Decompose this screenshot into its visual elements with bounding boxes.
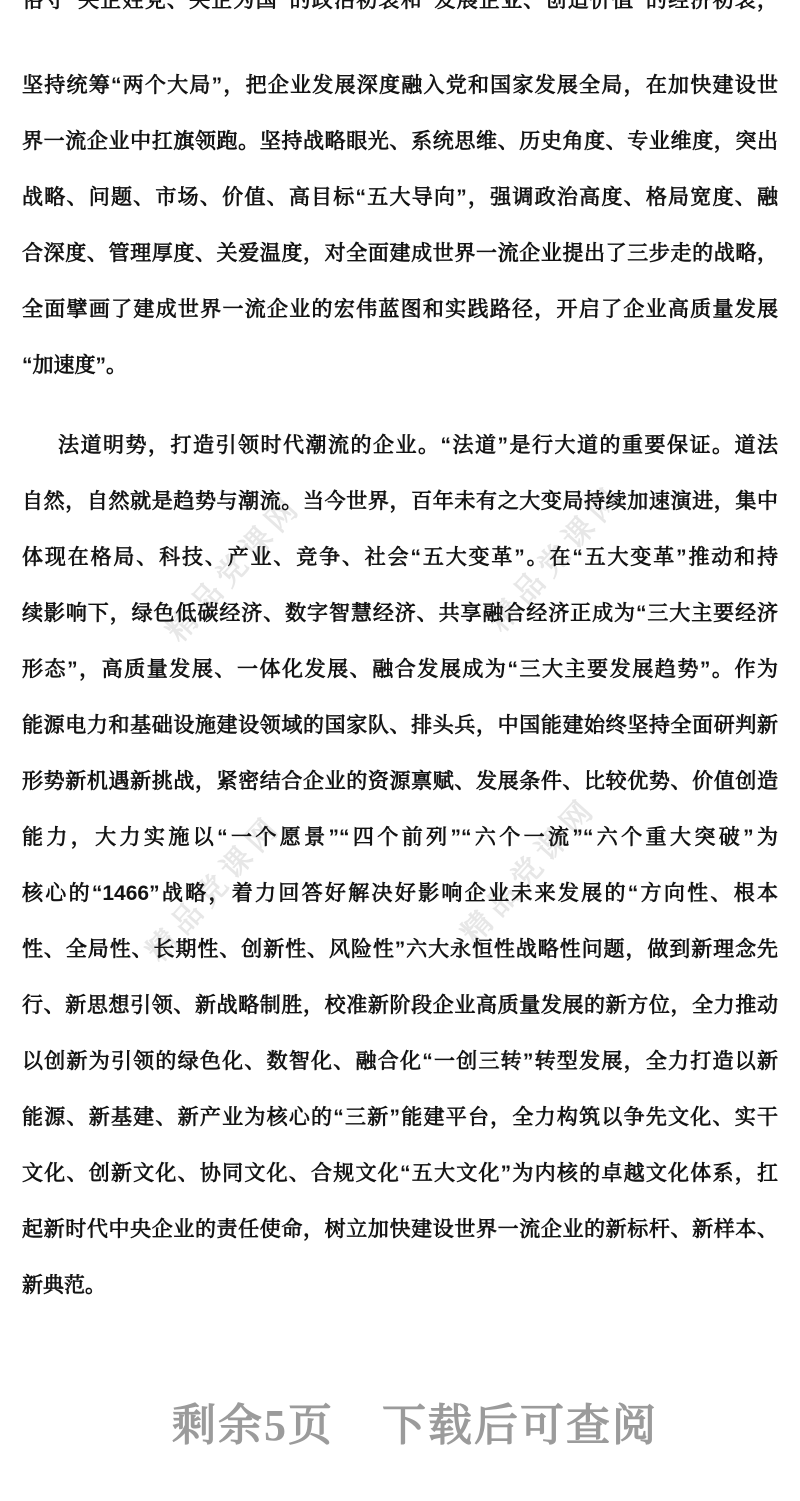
paragraph-2: 法道明势，打造引领时代潮流的企业。“法道”是行大道的重要保证。道法自然，自然就是… (22, 418, 778, 1314)
text-line: 行、新思想引领、新战略制胜，校准新阶段企业高质量发展的新方位，全力推动 (22, 978, 778, 1034)
text-line: 全面擘画了建成世界一流企业的宏伟蓝图和实践路径，开启了企业高质量发展 (22, 282, 778, 338)
text-line: 能源电力和基础设施建设领域的国家队、排头兵，中国能建始终坚持全面研判新 (22, 698, 778, 754)
text-line: 坚持统筹“两个大局”，把企业发展深度融入党和国家发展全局，在加快建设世 (22, 58, 778, 114)
download-hint-label: 下载后可查阅 (382, 1396, 658, 1456)
paragraph-fragment-top-cut: 恪守“央企姓党、央企为国”的政治初衷和“发展企业、创造价值”的经济初衷， (22, 0, 778, 29)
text-line: 界一流企业中扛旗领跑。坚持战略眼光、系统思维、历史角度、专业维度，突出 (22, 114, 778, 170)
text-line: 起新时代中央企业的责任使命，树立加快建设世界一流企业的新标杆、新样本、 (22, 1202, 778, 1258)
text-line: 自然，自然就是趋势与潮流。当今世界，百年未有之大变局持续加速演进，集中 (22, 474, 778, 530)
pages-remaining-label: 剩余5页 (172, 1401, 334, 1450)
text-line: 文化、创新文化、协同文化、合规文化“五大文化”为内核的卓越文化体系，扛 (22, 1146, 778, 1202)
document-page: 精品党课网 精品党课网 精品党课网 精品党课网 恪守“央企姓党、央企为国”的政治… (0, 0, 800, 1501)
text-line: 性、全局性、长期性、创新性、风险性”六大永恒性战略性问题，做到新理念先 (22, 922, 778, 978)
text-line: 恪守“央企姓党、央企为国”的政治初衷和“发展企业、创造价值”的经济初衷， (22, 0, 778, 29)
text-line: 战略、问题、市场、价值、高目标“五大导向”，强调政治高度、格局宽度、融 (22, 170, 778, 226)
text-line: “加速度”。 (22, 338, 778, 394)
paragraph-1: 坚持统筹“两个大局”，把企业发展深度融入党和国家发展全局，在加快建设世界一流企业… (22, 58, 778, 394)
text-line: 形势新机遇新挑战，紧密结合企业的资源禀赋、发展条件、比较优势、价值创造 (22, 754, 778, 810)
text-line: 能源、新基建、新产业为核心的“三新”能建平台，全力构筑以争先文化、实干 (22, 1090, 778, 1146)
text-line: 核心的“1466”战略，着力回答好解决好影响企业未来发展的“方向性、根本 (22, 866, 778, 922)
text-line: 合深度、管理厚度、关爱温度，对全面建成世界一流企业提出了三步走的战略， (22, 226, 778, 282)
text-line: 法道明势，打造引领时代潮流的企业。“法道”是行大道的重要保证。道法 (22, 418, 778, 474)
text-line: 以创新为引领的绿色化、数智化、融合化“一创三转”转型发展，全力打造以新 (22, 1034, 778, 1090)
text-line: 体现在格局、科技、产业、竞争、社会“五大变革”。在“五大变革”推动和持 (22, 530, 778, 586)
text-line: 能力，大力实施以“一个愿景”“四个前列”“六个一流”“六个重大突破”为 (22, 810, 778, 866)
preview-footer: 剩余5页下载后可查阅 (0, 1396, 800, 1456)
text-line: 新典范。 (22, 1258, 778, 1314)
text-line: 续影响下，绿色低碳经济、数字智慧经济、共享融合经济正成为“三大主要经济 (22, 586, 778, 642)
text-line: 形态”，高质量发展、一体化发展、融合发展成为“三大主要发展趋势”。作为 (22, 642, 778, 698)
